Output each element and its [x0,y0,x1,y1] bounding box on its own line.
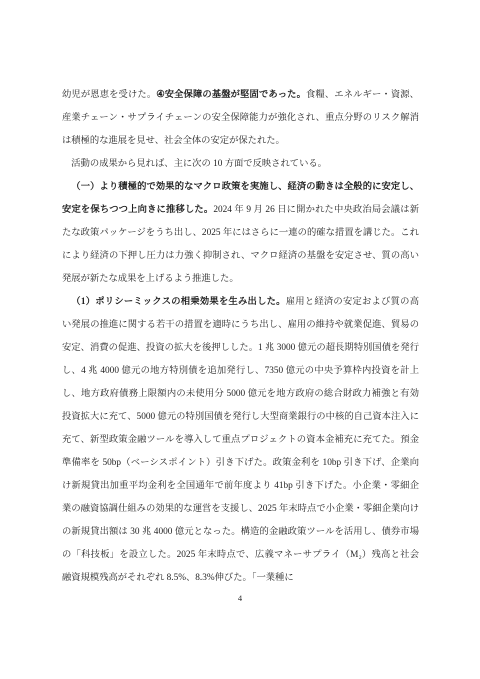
document-body: 幼児が恩恵を受けた。④安全保障の基盤が堅固であった。食糧、エネルギー・資源、産業… [62,84,419,590]
text-run: 雇用と経済の安定および質の高い発展の推進に関する若干の措置を適時にうち出し、雇用… [62,297,419,583]
paragraph: （1）ポリシーミックスの相乗効果を生み出した。雇用と経済の安定および質の高い発展… [62,291,419,590]
bold-text-run: ④安全保障の基盤が堅固であった。 [156,90,306,100]
paragraph: 幼児が恩恵を受けた。④安全保障の基盤が堅固であった。食糧、エネルギー・資源、産業… [62,84,419,153]
paragraph: 活動の成果から見れば、主に次の 10 方面で反映されている。 [62,153,419,176]
text-run: 2024 年 9 月 26 日に開かれた中央政治局会議は新たな政策パッケージをう… [62,205,419,284]
page-number: 4 [0,592,480,604]
document-page: 幼児が恩恵を受けた。④安全保障の基盤が堅固であった。食糧、エネルギー・資源、産業… [0,0,480,679]
paragraph: （一）より積極的で効果的なマクロ政策を実施し、経済の動きは全般的に安定し、安定を… [62,176,419,291]
bold-text-run: （1）ポリシーミックスの相乗効果を生み出した。 [71,297,285,307]
text-run: 活動の成果から見れば、主に次の 10 方面で反映されている。 [71,159,327,169]
text-run: 幼児が恩恵を受けた。 [62,90,156,100]
